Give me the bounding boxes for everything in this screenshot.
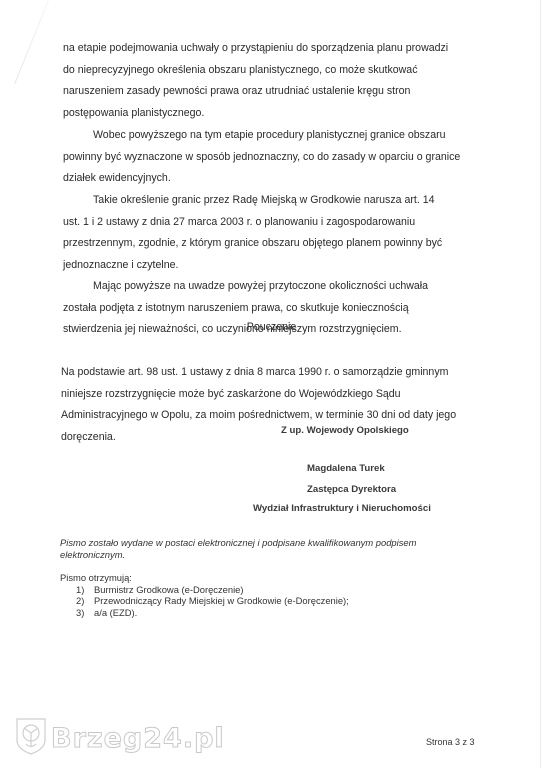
- text-line: niniejsze rozstrzygnięcie może być zaska…: [61, 384, 481, 406]
- signatory-position: Zastępca Dyrektora: [307, 484, 396, 495]
- text-line: elektronicznym.: [60, 549, 416, 561]
- paragraph-1: na etapie podejmowania uchwały o przystą…: [63, 38, 483, 124]
- text-line: jednoznaczne i czytelne.: [63, 255, 483, 277]
- electronic-signature-note: Pismo zostało wydane w postaci elektroni…: [60, 537, 416, 560]
- document-page: na etapie podejmowania uchwały o przystą…: [0, 0, 543, 768]
- anchor-shield-icon: [14, 716, 48, 761]
- signature-on-behalf: Z up. Wojewody Opolskiego: [281, 425, 409, 436]
- page-number: Strona 3 z 3: [426, 737, 475, 747]
- scan-artifact-line: [14, 0, 49, 84]
- watermark: Brzeg24.pl: [14, 716, 225, 761]
- text-line: ust. 1 i 2 ustawy z dnia 27 marca 2003 r…: [63, 212, 483, 234]
- paragraph-3: Takie określenie granic przez Radę Miejs…: [63, 190, 483, 276]
- text-line: Mając powyższe na uwadze powyżej przytoc…: [63, 276, 483, 298]
- text-line: postępowania planistycznego.: [63, 103, 483, 125]
- section-heading: Pouczenie: [0, 321, 543, 333]
- list-item: 2)Przewodniczący Rady Miejskiej w Grodko…: [76, 595, 349, 607]
- recipients-list: 1)Burmistrz Grodkowa (e-Doręczenie) 2)Pr…: [76, 584, 349, 619]
- text-line: do nieprecyzyjnego określenia obszaru pl…: [63, 60, 483, 82]
- text-line: powinny być wyznaczone w sposób jednozna…: [63, 147, 483, 169]
- text-line: Pismo zostało wydane w postaci elektroni…: [60, 537, 416, 549]
- text-line: Na podstawie art. 98 ust. 1 ustawy z dni…: [61, 362, 481, 384]
- text-line: przestrzennym, zgodnie, z którym granice…: [63, 233, 483, 255]
- paragraph-2: Wobec powyższego na tym etapie procedury…: [63, 125, 483, 190]
- watermark-text: Brzeg24.pl: [51, 723, 225, 754]
- signatory-name: Magdalena Turek: [307, 463, 385, 474]
- recipients-label: Pismo otrzymują:: [60, 572, 349, 584]
- text-line: Administracyjnego w Opolu, za moim pośre…: [61, 405, 481, 427]
- recipients-block: Pismo otrzymują: 1)Burmistrz Grodkowa (e…: [60, 572, 349, 618]
- paragraph-5: Na podstawie art. 98 ust. 1 ustawy z dni…: [61, 362, 481, 448]
- page-edge: [540, 0, 541, 768]
- text-line: została podjęta z istotnym naruszeniem p…: [63, 298, 483, 320]
- text-line: naruszeniem zasady pewności prawa oraz u…: [63, 81, 483, 103]
- text-line: na etapie podejmowania uchwały o przystą…: [63, 38, 483, 60]
- list-item: 1)Burmistrz Grodkowa (e-Doręczenie): [76, 584, 349, 596]
- text-line: działek ewidencyjnych.: [63, 168, 483, 190]
- signatory-department: Wydział Infrastruktury i Nieruchomości: [253, 503, 431, 514]
- text-line: Takie określenie granic przez Radę Miejs…: [63, 190, 483, 212]
- list-item: 3)a/a (EZD).: [76, 607, 349, 619]
- text-line: Wobec powyższego na tym etapie procedury…: [63, 125, 483, 147]
- text-line: doręczenia.: [61, 427, 481, 449]
